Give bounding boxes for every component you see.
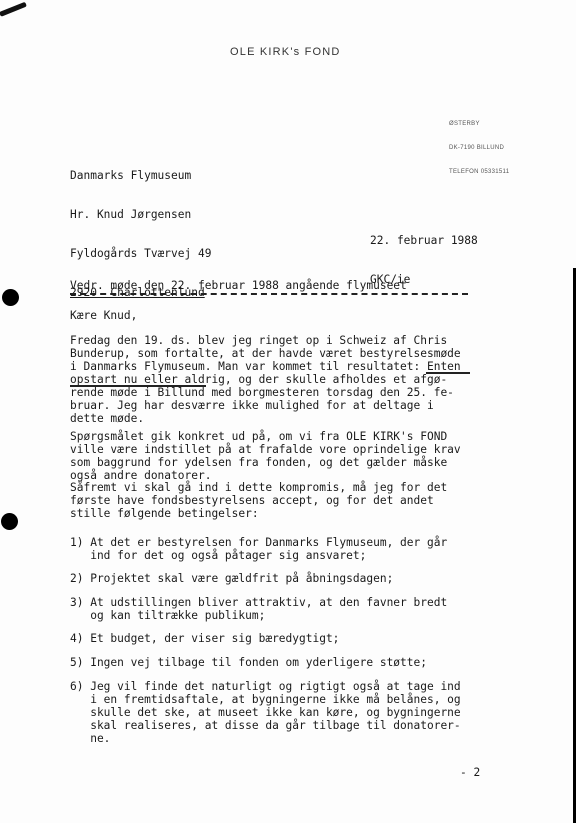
paragraph-1: Fredag den 19. ds. blev jeg ringet op i … xyxy=(70,334,461,425)
recipient-line: Fyldogårds Tværvej 49 xyxy=(70,247,211,260)
punch-hole-top xyxy=(2,289,19,306)
handwritten-underline xyxy=(426,372,470,374)
letterhead-title: OLE KIRK's FOND xyxy=(230,46,341,58)
scanned-letter-page: OLE KIRK's FOND ØSTERBY DK-7190 BILLUND … xyxy=(0,0,576,823)
scan-smudge xyxy=(0,2,27,17)
condition-item: 6) Jeg vil finde det naturligt og rigtig… xyxy=(70,680,461,745)
page-continuation-marker: - 2 xyxy=(460,766,480,779)
subject-line: Vedr. møde den 22. februar 1988 angående… xyxy=(70,279,407,292)
recipient-address: Danmarks Flymuseum Hr. Knud Jørgensen Fy… xyxy=(70,143,211,325)
condition-item: 1) At det er bestyrelsen for Danmarks Fl… xyxy=(70,536,447,562)
letterhead-address-line: ØSTERBY xyxy=(449,120,509,128)
condition-item: 5) Ingen vej tilbage til fonden om yderl… xyxy=(70,656,427,669)
letter-date: 22. februar 1988 xyxy=(370,234,478,247)
paragraph-3: Såfremt vi skal gå ind i dette kompromis… xyxy=(70,481,447,520)
punch-hole-bottom xyxy=(1,513,18,530)
letterhead-address-line: TELEFON 05331511 xyxy=(449,168,509,176)
recipient-line: Danmarks Flymuseum xyxy=(70,169,211,182)
paragraph-2: Spørgsmålet gik konkret ud på, om vi fra… xyxy=(70,430,461,482)
handwritten-underline xyxy=(70,385,206,387)
date-block: 22. februar 1988 GKC/ie xyxy=(370,208,478,312)
condition-item: 4) Et budget, der viser sig bæredygtigt; xyxy=(70,632,339,645)
condition-item: 2) Projektet skal være gældfrit på åbnin… xyxy=(70,572,393,585)
recipient-line: Hr. Knud Jørgensen xyxy=(70,208,211,221)
letterhead-address-line: DK-7190 BILLUND xyxy=(449,144,509,152)
salutation: Kære Knud, xyxy=(70,309,137,322)
condition-item: 3) At udstillingen bliver attraktiv, at … xyxy=(70,596,447,622)
subject-divider xyxy=(70,293,468,295)
letterhead-address-block: ØSTERBY DK-7190 BILLUND TELEFON 05331511 xyxy=(449,104,509,192)
